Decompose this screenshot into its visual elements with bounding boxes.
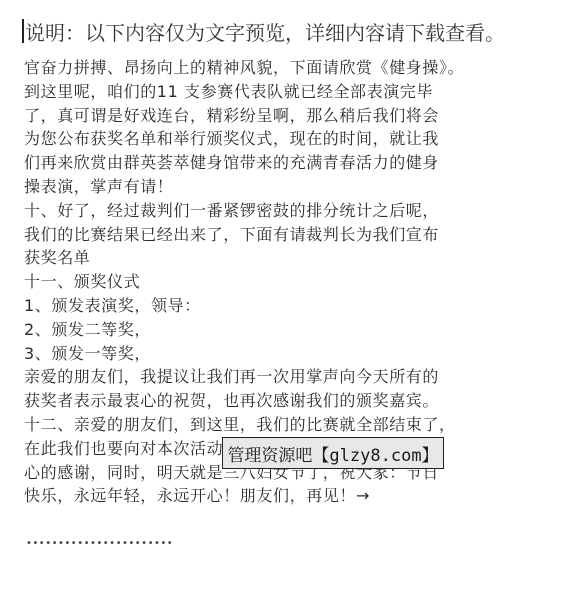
document-line: 亲爱的朋友们，我提议让我们再一次用掌声向今天所有的 bbox=[24, 365, 564, 389]
preview-notice: 说明：以下内容仅为文字预览，详细内容请下载查看。 bbox=[22, 16, 505, 46]
document-line: 十一、颁奖仪式 bbox=[24, 270, 564, 294]
document-line: 获奖者表示最衷心的祝贺，也再次感谢我们的颁奖嘉宾。 bbox=[24, 389, 564, 413]
document-line: 操表演，掌声有请！ bbox=[24, 175, 564, 199]
dotted-separator: ••••••••••••••••••••••• bbox=[26, 538, 173, 549]
document-line: 官奋力拼搏、昂扬向上的精神风貌，下面请欣赏《健身操》。 bbox=[24, 56, 564, 80]
watermark-banner: 管理资源吧【glzy8.com】 bbox=[222, 437, 444, 469]
document-line: 到这里呢，咱们的11 支参赛代表队就已经全部表演完毕 bbox=[24, 80, 564, 104]
preview-notice-text: 说明：以下内容仅为文字预览，详细内容请下载查看。 bbox=[25, 17, 505, 46]
document-line: 十二、亲爱的朋友们，到这里，我们的比赛就全部结束了， bbox=[24, 413, 564, 437]
document-line: 们再来欣赏由群英荟萃健身馆带来的充满青春活力的健身 bbox=[24, 151, 564, 175]
document-line: 获奖名单 bbox=[24, 246, 564, 270]
document-line: 3、颁发一等奖， bbox=[24, 342, 564, 366]
document-line: 我们的比赛结果已经出来了，下面有请裁判长为我们宣布 bbox=[24, 223, 564, 247]
document-line: 2、颁发二等奖， bbox=[24, 318, 564, 342]
document-line: 快乐，永远年轻，永远开心！朋友们，再见！→ bbox=[24, 484, 564, 508]
text-cursor bbox=[22, 19, 24, 43]
document-line: 1、颁发表演奖，领导： bbox=[24, 294, 564, 318]
document-line: 为您公布获奖名单和举行颁奖仪式，现在的时间，就让我 bbox=[24, 127, 564, 151]
document-line: 了，真可谓是好戏连台，精彩纷呈啊，那么稍后我们将会 bbox=[24, 104, 564, 128]
document-line: 十、好了，经过裁判们一番紧锣密鼓的排分统计之后呢， bbox=[24, 199, 564, 223]
